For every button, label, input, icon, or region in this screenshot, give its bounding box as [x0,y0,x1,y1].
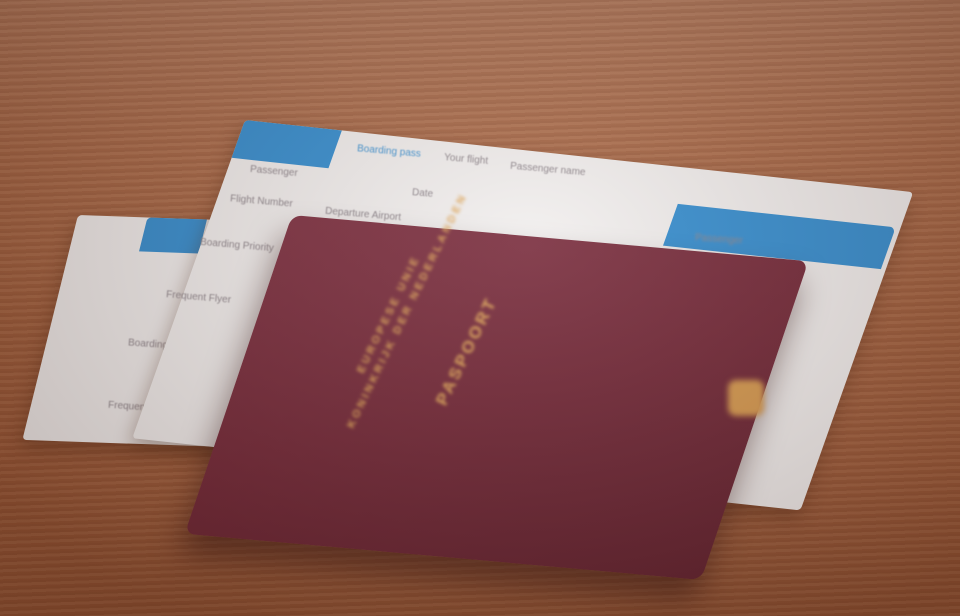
wooden-table: Boarding Priority Frequent Flyer Boardin… [0,0,960,616]
biometric-chip-icon [728,380,764,416]
date-label: Date [412,187,434,200]
ticket-tab [139,217,207,253]
passport [185,215,809,580]
ticket-tab [232,120,342,168]
